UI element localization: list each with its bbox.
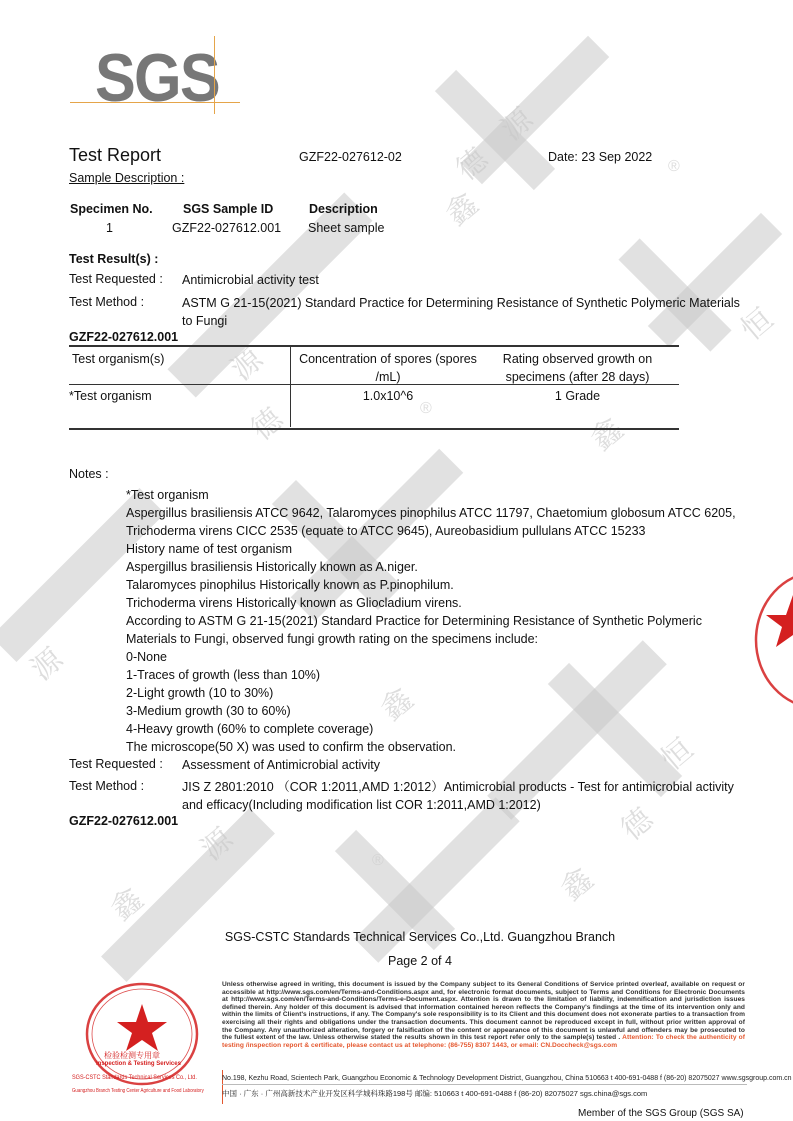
test-requested-label: Test Requested :: [69, 757, 163, 771]
side-stamp: [748, 565, 793, 715]
table-border: [69, 428, 679, 430]
test-results-heading: Test Result(s) :: [69, 252, 158, 266]
report-number: GZF22-027612-02: [299, 150, 402, 164]
note-line: 2-Light growth (10 to 30%): [126, 684, 746, 702]
watermark-char: 德: [444, 136, 495, 189]
test-requested-value: Antimicrobial activity test: [182, 271, 742, 289]
table-border: [69, 345, 679, 347]
report-date: Date: 23 Sep 2022: [548, 150, 652, 164]
registered-mark: ®: [372, 852, 384, 870]
note-line: Aspergillus brasiliensis ATCC 9642, Tala…: [126, 504, 746, 540]
footer-divider: [222, 1084, 747, 1085]
watermark-char: 鑫: [579, 406, 630, 459]
table-cell-concentration: 1.0x10^6: [290, 387, 486, 405]
test-method-label: Test Method :: [69, 295, 144, 309]
watermark-char: 源: [219, 336, 270, 389]
sample-description: Sheet sample: [308, 221, 384, 235]
stamp-bottom-line1: SGS-CSTC Standards Technical Services Co…: [72, 1074, 197, 1081]
note-line: Talaromyces pinophilus Historically know…: [126, 576, 746, 594]
page-title: Test Report: [69, 145, 161, 166]
test-requested-value: Assessment of Antimicrobial activity: [182, 756, 742, 774]
member-statement: Member of the SGS Group (SGS SA): [578, 1108, 744, 1119]
test-method-value: JIS Z 2801:2010 （COR 1:2011,AMD 1:2012）A…: [182, 778, 742, 814]
column-header: Description: [309, 202, 378, 216]
note-line: 1-Traces of growth (less than 10%): [126, 666, 746, 684]
specimen-number: 1: [106, 221, 113, 235]
note-line: 4-Heavy growth (60% to complete coverage…: [126, 720, 746, 738]
note-line: History name of test organism: [126, 540, 746, 558]
note-line: *Test organism: [126, 486, 746, 504]
watermark-char: 源: [489, 96, 540, 149]
table-cell-organism: *Test organism: [69, 387, 152, 405]
logo-line: [214, 36, 215, 114]
note-line: According to ASTM G 21-15(2021) Standard…: [126, 612, 746, 648]
column-header: Test organism(s): [72, 350, 164, 368]
result-sample-id: GZF22-027612.001: [69, 814, 178, 828]
column-header: Rating observed growth on specimens (aft…: [490, 350, 665, 386]
table-cell-rating: 1 Grade: [490, 387, 665, 405]
address-chinese: 中国 · 广东 · 广州高新技术产业开发区科学城科珠路198号 邮编: 5106…: [222, 1088, 647, 1099]
legal-text: Unless otherwise agreed in writing, this…: [222, 981, 745, 1041]
note-line: The microscope(50 X) was used to confirm…: [126, 738, 746, 756]
watermark-char: 鑫: [99, 876, 150, 929]
column-header: SGS Sample ID: [183, 202, 273, 216]
test-method-label: Test Method :: [69, 779, 144, 793]
stamp-bottom-line2: Guangzhou Branch Testing Center Agricult…: [72, 1088, 204, 1094]
note-line: Aspergillus brasiliensis Historically kn…: [126, 558, 746, 576]
stamp-center-cn: 检验检测专用章: [104, 1050, 160, 1061]
note-line: 0-None: [126, 648, 746, 666]
watermark-char: 源: [189, 816, 240, 869]
watermark-char: 德: [239, 396, 290, 449]
stamp-center-en: Inspection & Testing Services: [96, 1061, 181, 1067]
test-method-value: ASTM G 21-15(2021) Standard Practice for…: [182, 294, 742, 330]
result-sample-id: GZF22-027612.001: [69, 330, 178, 344]
footer-company: SGS-CSTC Standards Technical Services Co…: [0, 930, 793, 944]
watermark-char: 鑫: [434, 181, 485, 234]
column-header: Specimen No.: [70, 202, 153, 216]
watermark-char: 鑫: [549, 856, 600, 909]
column-header: Concentration of spores (spores /mL): [290, 350, 486, 386]
registered-mark: ®: [668, 158, 680, 176]
sample-id: GZF22-027612.001: [172, 221, 281, 235]
address-english: No.198, Kezhu Road, Scientech Park, Guan…: [222, 1075, 792, 1082]
test-requested-label: Test Requested :: [69, 272, 163, 286]
note-line: 3-Medium growth (30 to 60%): [126, 702, 746, 720]
note-line: Trichoderma virens Historically known as…: [126, 594, 746, 612]
notes-label: Notes :: [69, 467, 109, 481]
legal-disclaimer: Unless otherwise agreed in writing, this…: [222, 981, 745, 1049]
table-border: [69, 384, 679, 385]
sample-description-label: Sample Description :: [69, 171, 184, 185]
page-number: Page 2 of 4: [0, 954, 793, 968]
watermark-char: 源: [19, 636, 70, 689]
